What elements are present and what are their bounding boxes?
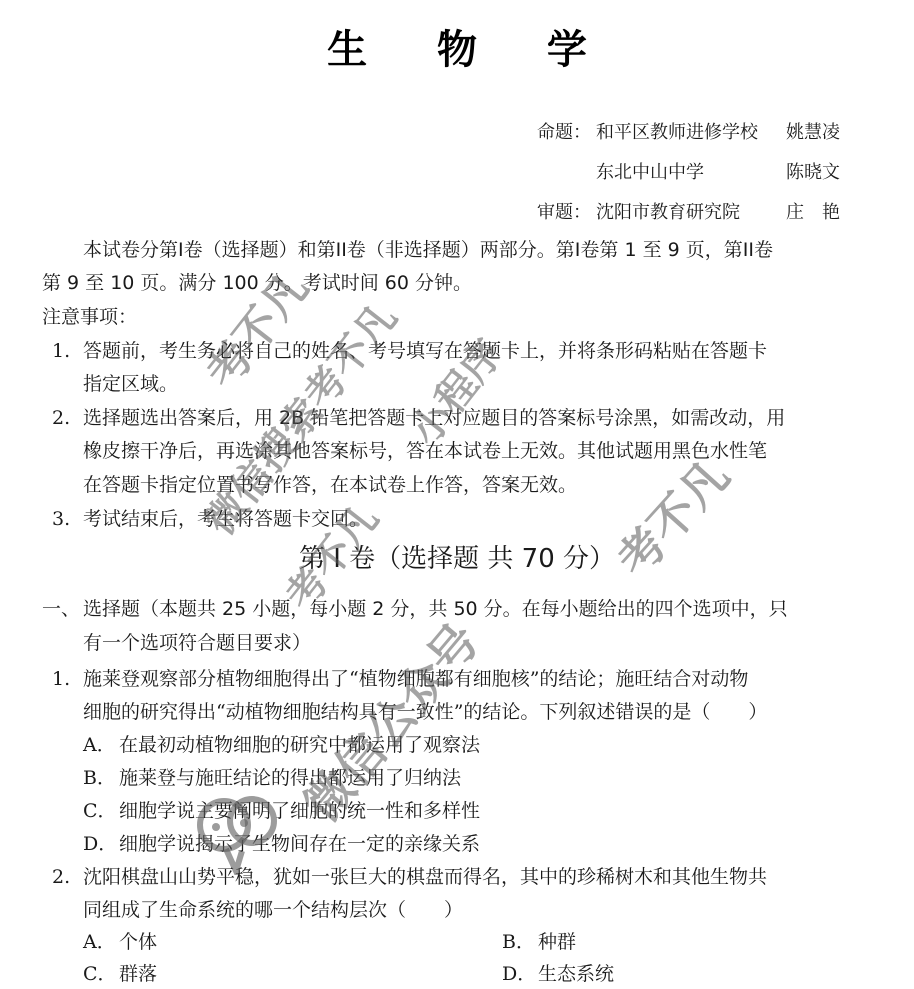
note-text: 答题前，考生务必将自己的姓名、考号填写在答题卡上，并将条形码粘贴在答题卡 (83, 339, 767, 363)
option-label: A． (83, 733, 116, 757)
question-number: 2. (52, 865, 70, 889)
part-text: 选择题（本题共 25 小题，每小题 2 分，共 50 分。在每小题给出的四个选项… (83, 597, 788, 621)
option-label: C． (83, 962, 117, 986)
option-label: C． (83, 799, 117, 823)
note-text: 选择题选出答案后，用 2B 铅笔把答题卡上对应题目的答案标号涂黑，如需改动，用 (83, 406, 785, 430)
option-label: D． (83, 832, 117, 856)
intro-line: 本试卷分第I卷（选择题）和第II卷（非选择题）两部分。第I卷第 1 至 9 页，… (83, 238, 773, 262)
part-number: 一、 (42, 597, 80, 621)
credit-name: 庄 艳 (786, 198, 840, 224)
note-number: 1. (52, 339, 70, 363)
credit-org: 和平区教师进修学校 (596, 118, 758, 144)
question-stem: 细胞的研究得出“动植物细胞结构具有一致性”的结论。下列叙述错误的是（ ） (83, 700, 767, 724)
intro-line: 第 9 至 10 页。满分 100 分。考试时间 60 分钟。 (42, 271, 472, 295)
note-text: 在答题卡指定位置书写作答，在本试卷上作答，答案无效。 (83, 473, 577, 497)
option-label: B． (502, 930, 535, 954)
option-label: B． (83, 766, 116, 790)
option-text: 群落 (119, 962, 157, 986)
credit-org: 沈阳市教育研究院 (596, 198, 740, 224)
option-text: 施莱登与施旺结论的得出都运用了归纳法 (119, 766, 461, 790)
question-stem: 施莱登观察部分植物细胞得出了“植物细胞都有细胞核”的结论；施旺结合对动物 (83, 667, 748, 691)
question-number: 1. (52, 667, 70, 691)
credit-role: 审题： (537, 198, 591, 224)
note-text: 橡皮擦干净后，再选涂其他答案标号，答在本试卷上无效。其他试题用黑色水性笔 (83, 439, 767, 463)
exam-title: 生 物 学 (0, 18, 914, 75)
option-text: 细胞学说主要阐明了细胞的统一性和多样性 (119, 799, 480, 823)
option-text: 个体 (119, 930, 157, 954)
option-label: D． (502, 962, 536, 986)
option-text: 种群 (538, 930, 576, 954)
option-text: 在最初动植物细胞的研究中都运用了观察法 (119, 733, 480, 757)
section-heading: 第 I 卷（选择题 共 70 分） (0, 543, 914, 575)
note-number: 3. (52, 507, 70, 531)
question-stem: 同组成了生命系统的哪一个结构层次（ ） (83, 898, 463, 922)
credit-org: 东北中山中学 (596, 158, 704, 184)
notes-heading: 注意事项： (42, 305, 137, 329)
option-text: 细胞学说揭示了生物间存在一定的亲缘关系 (119, 832, 480, 856)
option-label: A． (83, 930, 116, 954)
credit-name: 姚慧凌 (786, 118, 840, 144)
question-stem: 沈阳棋盘山山势平稳，犹如一张巨大的棋盘而得名，其中的珍稀树木和其他生物共 (83, 865, 767, 889)
credit-role: 命题： (537, 118, 591, 144)
credit-name: 陈晓文 (786, 158, 840, 184)
note-number: 2. (52, 406, 70, 430)
note-text: 考试结束后，考生将答题卡交回。 (83, 507, 368, 531)
option-text: 生态系统 (538, 962, 614, 986)
note-text: 指定区域。 (83, 372, 178, 396)
part-text: 有一个选项符合题目要求） (83, 631, 311, 655)
